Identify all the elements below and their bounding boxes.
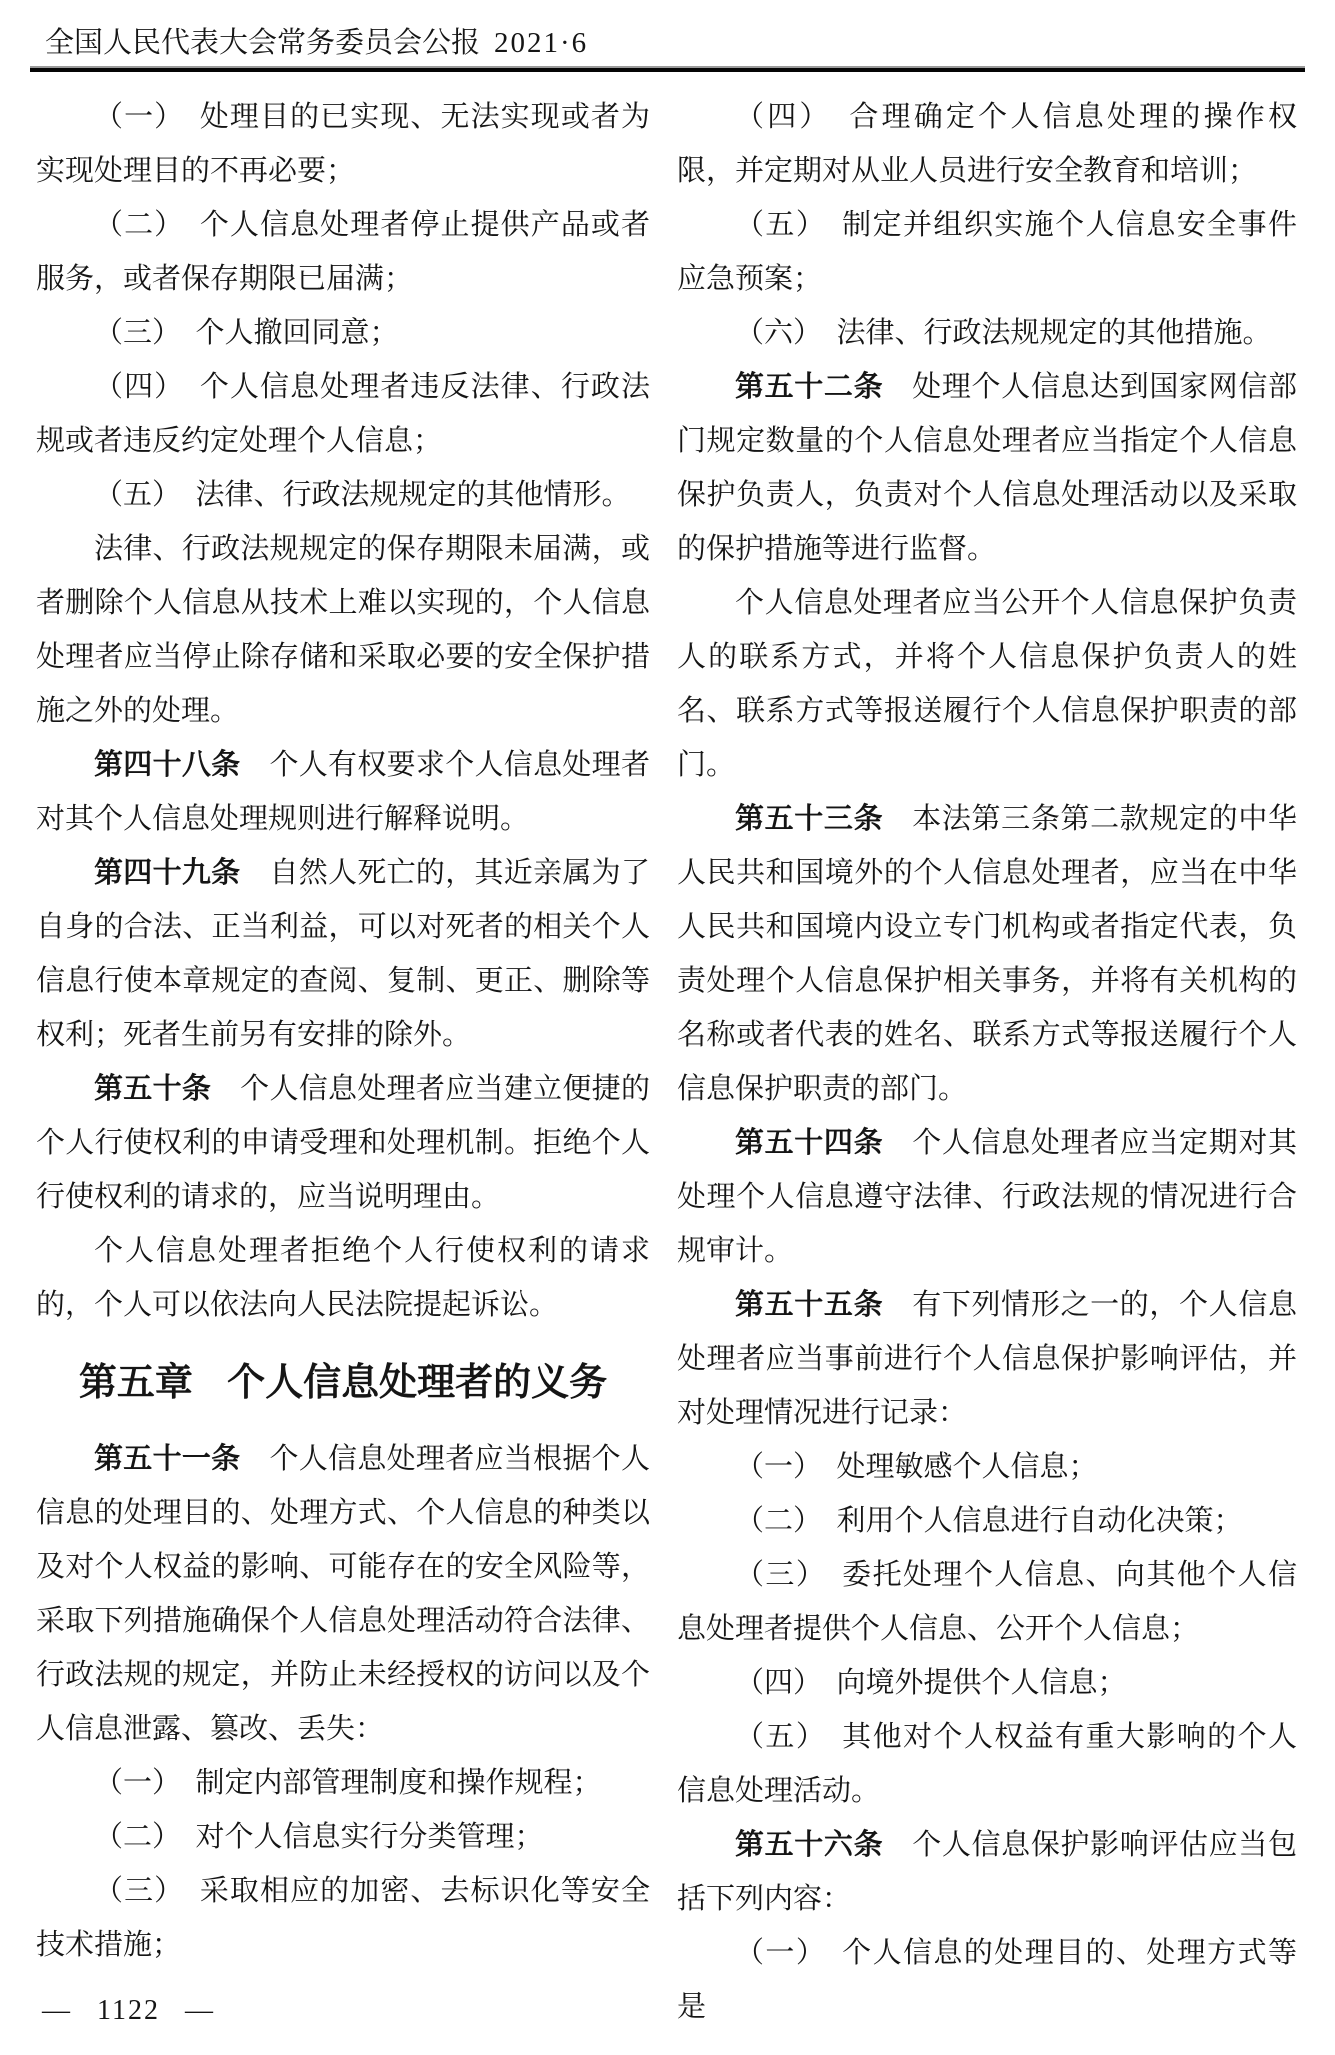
list-item: （四） 个人信息处理者违反法律、行政法规或者违反约定处理个人信息； [36, 360, 650, 468]
article-50: 第五十条个人信息处理者应当建立便捷的个人行使权利的申请受理和处理机制。拒绝个人行… [36, 1062, 650, 1224]
paragraph-text: 本法第三条第二款规定的中华人民共和国境外的个人信息处理者，应当在中华人民共和国境… [677, 803, 1297, 1105]
gazette-issue: 2021·6 [494, 27, 588, 59]
page-footer: — 1122 — [42, 1996, 215, 2026]
list-item: （四） 合理确定个人信息处理的操作权限，并定期对从业人员进行安全教育和培训； [677, 90, 1297, 198]
list-item: （五） 制定并组织实施个人信息安全事件应急预案； [677, 198, 1297, 306]
paragraph-text: （一） 个人信息的处理目的、处理方式等是 [677, 1937, 1297, 2023]
right-column: （四） 合理确定个人信息处理的操作权限，并定期对从业人员进行安全教育和培训； （… [677, 90, 1297, 2034]
list-item: （一） 制定内部管理制度和操作规程； [36, 1756, 650, 1810]
article-48: 第四十八条个人有权要求个人信息处理者对其个人信息处理规则进行解释说明。 [36, 738, 650, 846]
article-49: 第四十九条自然人死亡的，其近亲属为了自身的合法、正当利益，可以对死者的相关个人信… [36, 846, 650, 1062]
page-number: — 1122 — [42, 1995, 215, 2026]
article-number: 第五十四条 [735, 1127, 883, 1159]
paragraph-text: 个人信息处理者拒绝个人行使权利的请求的，个人可以依法向人民法院提起诉讼。 [36, 1235, 650, 1321]
article-number: 第五十五条 [735, 1289, 883, 1321]
article-54: 第五十四条个人信息处理者应当定期对其处理个人信息遵守法律、行政法规的情况进行合规… [677, 1116, 1297, 1278]
paragraph: 个人信息处理者拒绝个人行使权利的请求的，个人可以依法向人民法院提起诉讼。 [36, 1224, 650, 1332]
article-number: 第五十一条 [94, 1443, 240, 1475]
list-item: （一） 处理敏感个人信息； [677, 1440, 1297, 1494]
header-rule [30, 66, 1305, 72]
paragraph: 个人信息处理者应当公开个人信息保护负责人的联系方式，并将个人信息保护负责人的姓名… [677, 576, 1297, 792]
paragraph-text: （一） 处理目的已实现、无法实现或者为实现处理目的不再必要； [36, 101, 650, 187]
paragraph-text: （四） 向境外提供个人信息； [735, 1667, 1127, 1699]
article-53: 第五十三条本法第三条第二款规定的中华人民共和国境外的个人信息处理者，应当在中华人… [677, 792, 1297, 1116]
paragraph-text: （四） 合理确定个人信息处理的操作权限，并定期对从业人员进行安全教育和培训； [677, 101, 1297, 187]
paragraph-text: （一） 制定内部管理制度和操作规程； [94, 1767, 602, 1799]
paragraph-text: （三） 采取相应的加密、去标识化等安全技术措施； [36, 1875, 650, 1961]
article-number: 第五十条 [94, 1073, 211, 1105]
article-number: 第四十八条 [94, 749, 240, 781]
paragraph-text: 法律、行政法规规定的保存期限未届满，或者删除个人信息从技术上难以实现的，个人信息… [36, 533, 650, 727]
list-item: （二） 个人信息处理者停止提供产品或者服务，或者保存期限已届满； [36, 198, 650, 306]
article-56: 第五十六条个人信息保护影响评估应当包括下列内容： [677, 1818, 1297, 1926]
paragraph-text: 个人信息处理者应当根据个人信息的处理目的、处理方式、个人信息的种类以及对个人权益… [36, 1443, 650, 1745]
article-number: 第四十九条 [94, 857, 240, 889]
list-item: （一） 处理目的已实现、无法实现或者为实现处理目的不再必要； [36, 90, 650, 198]
paragraph-text: （三） 委托处理个人信息、向其他个人信息处理者提供个人信息、公开个人信息； [677, 1559, 1297, 1645]
article-51: 第五十一条个人信息处理者应当根据个人信息的处理目的、处理方式、个人信息的种类以及… [36, 1432, 650, 1756]
list-item: （三） 个人撤回同意； [36, 306, 650, 360]
article-number: 第五十六条 [735, 1829, 883, 1861]
paragraph-text: （二） 对个人信息实行分类管理； [94, 1821, 544, 1853]
paragraph-text: （一） 处理敏感个人信息； [735, 1451, 1098, 1483]
chapter-title: 个人信息处理者的义务 [227, 1362, 607, 1404]
chapter-number: 第五章 [79, 1362, 193, 1404]
paragraph-text: （五） 法律、行政法规规定的其他情形。 [94, 479, 631, 511]
list-item: （三） 采取相应的加密、去标识化等安全技术措施； [36, 1864, 650, 1972]
chapter-heading: 第五章个人信息处理者的义务 [36, 1360, 650, 1406]
gazette-page: 全国人民代表大会常务委员会公报2021·6 （一） 处理目的已实现、无法实现或者… [0, 0, 1335, 2055]
article-number: 第五十二条 [735, 371, 883, 403]
gazette-title: 全国人民代表大会常务委员会公报 [45, 27, 480, 59]
paragraph-text: 个人信息处理者应当公开个人信息保护负责人的联系方式，并将个人信息保护负责人的姓名… [677, 587, 1297, 781]
paragraph-text: （二） 利用个人信息进行自动化决策； [735, 1505, 1243, 1537]
paragraph-text: （三） 个人撤回同意； [94, 317, 399, 349]
paragraph-text: （六） 法律、行政法规规定的其他措施。 [735, 317, 1272, 349]
list-item: （一） 个人信息的处理目的、处理方式等是 [677, 1926, 1297, 2034]
list-item: （三） 委托处理个人信息、向其他个人信息处理者提供个人信息、公开个人信息； [677, 1548, 1297, 1656]
page-header: 全国人民代表大会常务委员会公报2021·6 [45, 26, 588, 60]
list-item: （二） 利用个人信息进行自动化决策； [677, 1494, 1297, 1548]
paragraph-text: （五） 制定并组织实施个人信息安全事件应急预案； [677, 209, 1297, 295]
article-number: 第五十三条 [735, 803, 883, 835]
left-column: （一） 处理目的已实现、无法实现或者为实现处理目的不再必要； （二） 个人信息处… [36, 90, 650, 1972]
list-item: （五） 其他对个人权益有重大影响的个人信息处理活动。 [677, 1710, 1297, 1818]
list-item: （二） 对个人信息实行分类管理； [36, 1810, 650, 1864]
paragraph-text: （四） 个人信息处理者违反法律、行政法规或者违反约定处理个人信息； [36, 371, 650, 457]
list-item: （六） 法律、行政法规规定的其他措施。 [677, 306, 1297, 360]
article-55: 第五十五条有下列情形之一的，个人信息处理者应当事前进行个人信息保护影响评估，并对… [677, 1278, 1297, 1440]
article-52: 第五十二条处理个人信息达到国家网信部门规定数量的个人信息处理者应当指定个人信息保… [677, 360, 1297, 576]
list-item: （五） 法律、行政法规规定的其他情形。 [36, 468, 650, 522]
paragraph-text: （五） 其他对个人权益有重大影响的个人信息处理活动。 [677, 1721, 1297, 1807]
list-item: （四） 向境外提供个人信息； [677, 1656, 1297, 1710]
paragraph-text: （二） 个人信息处理者停止提供产品或者服务，或者保存期限已届满； [36, 209, 650, 295]
paragraph: 法律、行政法规规定的保存期限未届满，或者删除个人信息从技术上难以实现的，个人信息… [36, 522, 650, 738]
